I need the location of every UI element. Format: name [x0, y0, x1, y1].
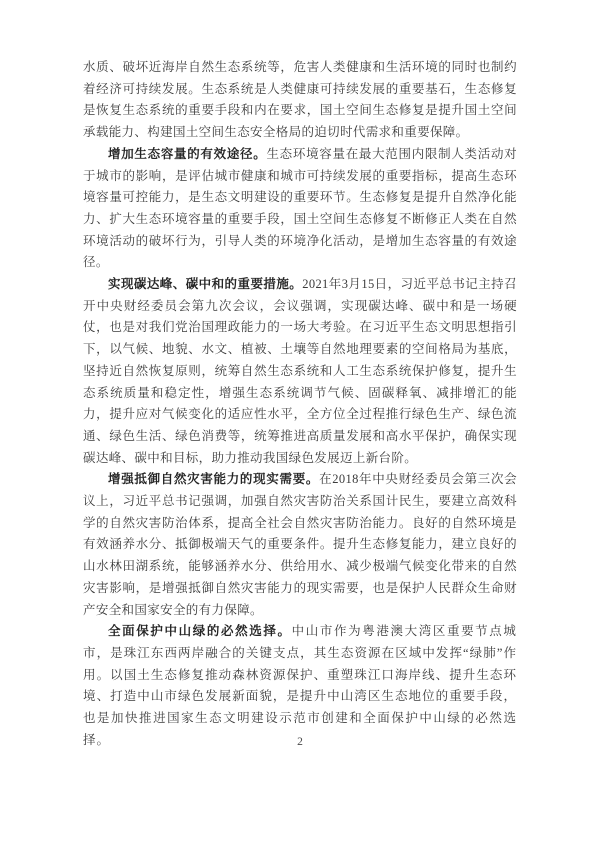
paragraph-text: 在2018年中央财经委员会第三次会议上，习近平总书记强调，加强自然灾害防治关系国…: [83, 472, 517, 616]
paragraph-text: 生态环境容量在最大范围内限制人类活动对于城市的影响，是评估城市健康和城市可持续发…: [83, 147, 517, 270]
paragraph-text: 中山市作为粤港澳大湾区重要节点城市，是珠江东西两岸融合的关键支点，其生态资源在区…: [83, 624, 517, 747]
paragraph-carbon-peak: 实现碳达峰、碳中和的重要措施。2021年3月15日，习近平总书记主持召开中央财经…: [83, 274, 517, 469]
page-number: 2: [0, 736, 600, 748]
paragraph-continuation: 水质、破坏近海岸自然生态系统等，危害人类健康和生活环境的同时也制约着经济可持续发…: [83, 57, 517, 144]
paragraph-heading: 全面保护中山绿的必然选择。: [108, 624, 292, 638]
document-page: 水质、破坏近海岸自然生态系统等，危害人类健康和生活环境的同时也制约着经济可持续发…: [0, 0, 600, 848]
paragraph-heading: 实现碳达峰、碳中和的重要措施。: [108, 277, 302, 291]
paragraph-text: 2021年3月15日，习近平总书记主持召开中央财经委员会第九次会议，会议强调，实…: [83, 277, 517, 465]
paragraph-text: 水质、破坏近海岸自然生态系统等，危害人类健康和生活环境的同时也制约着经济可持续发…: [83, 60, 517, 139]
paragraph-zhongshan-green: 全面保护中山绿的必然选择。中山市作为粤港澳大湾区重要节点城市，是珠江东西两岸融合…: [83, 621, 517, 751]
paragraph-eco-capacity: 增加生态容量的有效途径。生态环境容量在最大范围内限制人类活动对于城市的影响，是评…: [83, 144, 517, 274]
document-body: 水质、破坏近海岸自然生态系统等，危害人类健康和生活环境的同时也制约着经济可持续发…: [83, 57, 517, 752]
paragraph-heading: 增强抵御自然灾害能力的现实需要。: [108, 472, 319, 486]
paragraph-disaster-resilience: 增强抵御自然灾害能力的现实需要。在2018年中央财经委员会第三次会议上，习近平总…: [83, 469, 517, 621]
paragraph-heading: 增加生态容量的有效途径。: [108, 147, 266, 161]
